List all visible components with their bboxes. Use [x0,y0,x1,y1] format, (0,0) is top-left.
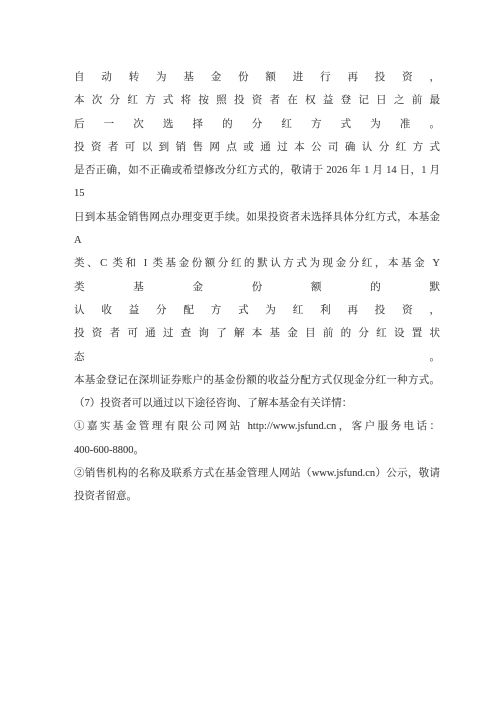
text-line: 类、C 类和 I 类基金份额分红的默认方式为现金分红，本基金 Y 类基金份额的默 [74,252,440,299]
document-text-block: 自动转为基金份额进行再投资，本次分红方式将按照投资者在权益登记日之前最 后一次选… [74,66,440,509]
text-line: （7）投资者可以通过以下途径咨询、了解本基金有关详情： [74,392,440,415]
text-line: 认收益分配方式为红利再投资，投资者可通过查询了解本基金目前的分红设置状 [74,299,440,346]
text-line: ②销售机构的名称及联系方式在基金管理人网站（www.jsfund.cn）公示，敬… [74,462,440,485]
text-line: 是否正确，如不正确或希望修改分红方式的，敬请于 2026 年 1 月 14 日，… [74,159,440,206]
text-line: 后一次选择的分红方式为准。投资者可以到销售网点或通过本公司确认分红方式 [74,113,440,160]
text-line: 态。本基金登记在深圳证券账户的基金份额的收益分配方式仅现金分红一种方式。 [74,346,440,393]
text-line: 400-600-8800。 [74,439,440,462]
document-page: 自动转为基金份额进行再投资，本次分红方式将按照投资者在权益登记日之前最 后一次选… [0,0,500,707]
text-line: 日到本基金销售网点办理变更手续。如果投资者未选择具体分红方式，本基金 A [74,206,440,253]
text-line: 自动转为基金份额进行再投资，本次分红方式将按照投资者在权益登记日之前最 [74,66,440,113]
text-line: 投资者留意。 [74,485,440,508]
text-line: ①嘉实基金管理有限公司网站 http://www.jsfund.cn，客户服务电… [74,415,440,438]
